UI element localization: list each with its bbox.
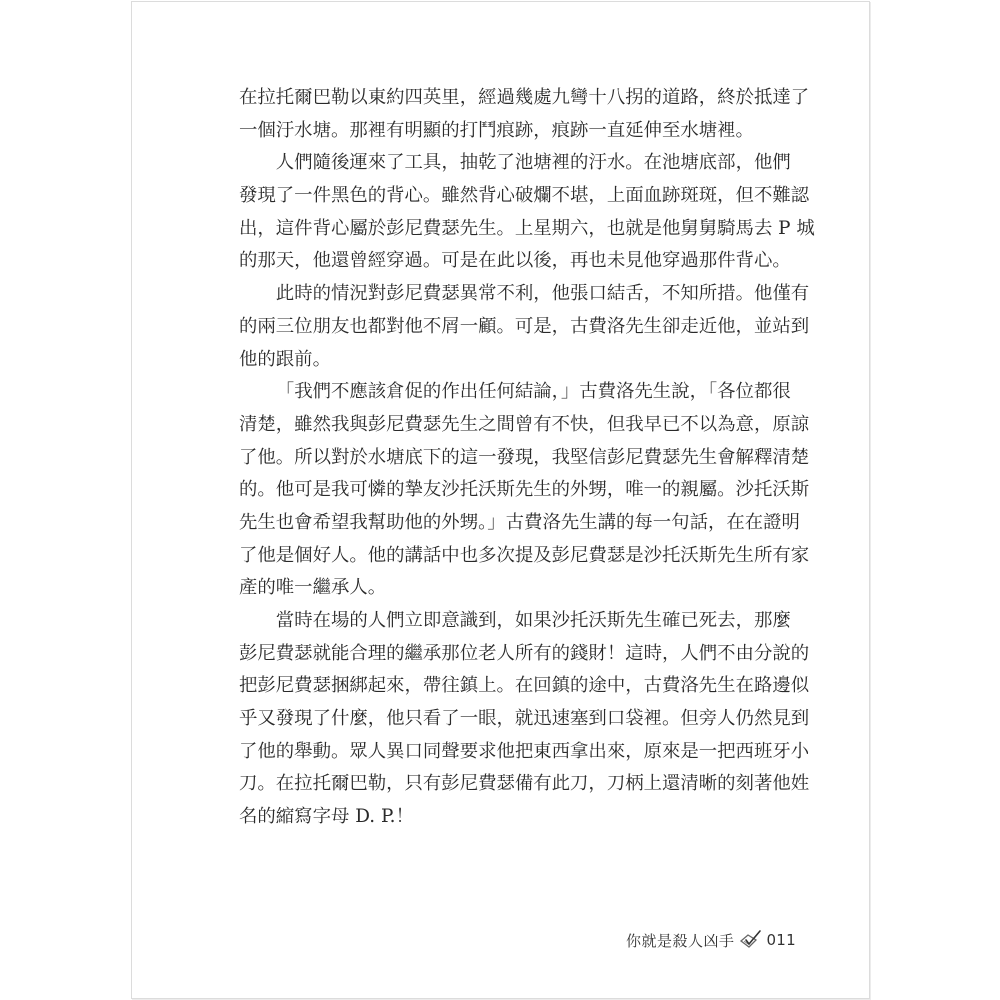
text-line: 把彭尼費瑟捆綁起來，帶往鎮上。在回鎮的途中，古費洛先生在路邊似 — [239, 670, 795, 703]
text-line: 名的縮寫字母 D. P.！ — [239, 801, 795, 834]
text-line: 在拉托爾巴勒以東約四英里，經過幾處九彎十八拐的道路，終於抵達了 — [239, 82, 795, 115]
paragraph-1: 在拉托爾巴勒以東約四英里，經過幾處九彎十八拐的道路，終於抵達了 一個汙水塘。那裡… — [239, 82, 795, 147]
text-line: 彭尼費瑟就能合理的繼承那位老人所有的錢財！這時，人們不由分說的 — [239, 638, 795, 671]
paragraph-3: 此時的情況對彭尼費瑟異常不利，他張口結舌，不知所措。他僅有 的兩三位朋友也都對他… — [239, 278, 795, 376]
text-line: 人們隨後運來了工具，抽乾了池塘裡的汙水。在池塘底部，他們 — [239, 147, 795, 180]
page-number: 011 — [766, 931, 796, 949]
text-line: 當時在場的人們立即意識到，如果沙托沃斯先生確已死去，那麼 — [239, 605, 795, 638]
text-line: 乎又發現了什麼，他只看了一眼，就迅速塞到口袋裡。但旁人仍然見到 — [239, 703, 795, 736]
text-line: 了他的舉動。眾人異口同聲要求他把東西拿出來，原來是一把西班牙小 — [239, 736, 795, 769]
text-line: 刀。在拉托爾巴勒，只有彭尼費瑟備有此刀，刀柄上還清晰的刻著他姓 — [239, 768, 795, 801]
text-line: 產的唯一繼承人。 — [239, 572, 795, 605]
text-line: 「我們不應該倉促的作出任何結論，」古費洛先生說，「各位都很 — [239, 376, 795, 409]
paragraph-2: 人們隨後運來了工具，抽乾了池塘裡的汙水。在池塘底部，他們 發現了一件黑色的背心。… — [239, 147, 795, 278]
text-line: 出，這件背心屬於彭尼費瑟先生。上星期六，也就是他舅舅騎馬去 P 城 — [239, 213, 795, 246]
checkmark-pen-icon — [739, 929, 763, 951]
text-line: 他的跟前。 — [239, 344, 795, 377]
text-line: 了他是個好人。他的講話中也多次提及彭尼費瑟是沙托沃斯先生所有家 — [239, 540, 795, 573]
text-line: 了他。所以對於水塘底下的這一發現，我堅信彭尼費瑟先生會解釋清楚 — [239, 442, 795, 475]
text-line: 清楚，雖然我與彭尼費瑟先生之間曾有不快，但我早已不以為意，原諒 — [239, 409, 795, 442]
text-line: 的。他可是我可憐的摯友沙托沃斯先生的外甥，唯一的親屬。沙托沃斯 — [239, 474, 795, 507]
text-line: 的兩三位朋友也都對他不屑一顧。可是，古費洛先生卻走近他，並站到 — [239, 311, 795, 344]
page-footer: 你就是殺人凶手 011 — [620, 928, 796, 952]
page-body-text: 在拉托爾巴勒以東約四英里，經過幾處九彎十八拐的道路，終於抵達了 一個汙水塘。那裡… — [239, 82, 795, 834]
text-line: 先生也會希望我幫助他的外甥。」古費洛先生講的每一句話，在在證明 — [239, 507, 795, 540]
paragraph-5: 當時在場的人們立即意識到，如果沙托沃斯先生確已死去，那麼 彭尼費瑟就能合理的繼承… — [239, 605, 795, 834]
book-title: 你就是殺人凶手 — [626, 930, 735, 951]
paragraph-4: 「我們不應該倉促的作出任何結論，」古費洛先生說，「各位都很 清楚，雖然我與彭尼費… — [239, 376, 795, 605]
text-line: 一個汙水塘。那裡有明顯的打鬥痕跡，痕跡一直延伸至水塘裡。 — [239, 115, 795, 148]
text-line: 的那天，他還曾經穿過。可是在此以後，再也未見他穿過那件背心。 — [239, 245, 795, 278]
text-line: 此時的情況對彭尼費瑟異常不利，他張口結舌，不知所措。他僅有 — [239, 278, 795, 311]
text-line: 發現了一件黑色的背心。雖然背心破爛不堪，上面血跡斑斑，但不難認 — [239, 180, 795, 213]
